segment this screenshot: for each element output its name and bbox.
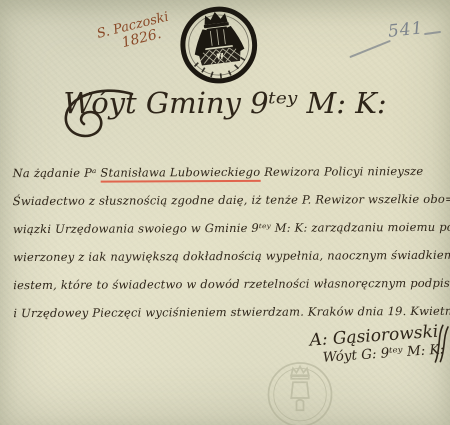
city-crown-stamp-icon — [172, 0, 266, 94]
document-page: 541 S. Paczoski 1826. — [0, 0, 450, 425]
pencil-stroke-left — [349, 40, 390, 58]
top-left-inscription: S. Paczoski 1826. — [95, 10, 173, 57]
body-line-1: Na żądanie Pᵃ Stanisława Lubowieckiego R… — [13, 157, 445, 187]
document-title: Wóyt Gminy 9ᵗᵉʸ M: K: — [0, 86, 450, 120]
body-line-2: Świadectwo z słusznością zgodne daię, iż… — [13, 185, 445, 215]
body-line-4: wierzoney z iak naywiększą dokładnością … — [13, 241, 445, 271]
body-line-5: iestem, które to świadectwo w dowód rzet… — [13, 269, 445, 299]
body-line-6: i Urzędowey Pieczęci wyciśnieniem stwier… — [13, 297, 445, 327]
line1-prefix: Na żądanie Pᵃ — [13, 166, 101, 180]
archival-number: 541 — [387, 18, 424, 42]
body-text: Na żądanie Pᵃ Stanisława Lubowieckiego R… — [13, 157, 446, 327]
line1-suffix: Rewizora Policyi ninieysze — [260, 164, 423, 179]
embossed-seal-icon — [256, 356, 344, 425]
signature-flourish — [429, 323, 450, 364]
body-line-3: wiązki Urzędowania swoiego w Gminie 9ᵗᵉʸ… — [13, 213, 445, 243]
underlined-name: Stanisława Lubowieckiego — [100, 165, 260, 183]
title-flourish-swirl — [58, 88, 136, 144]
pencil-stroke-right — [424, 31, 441, 35]
